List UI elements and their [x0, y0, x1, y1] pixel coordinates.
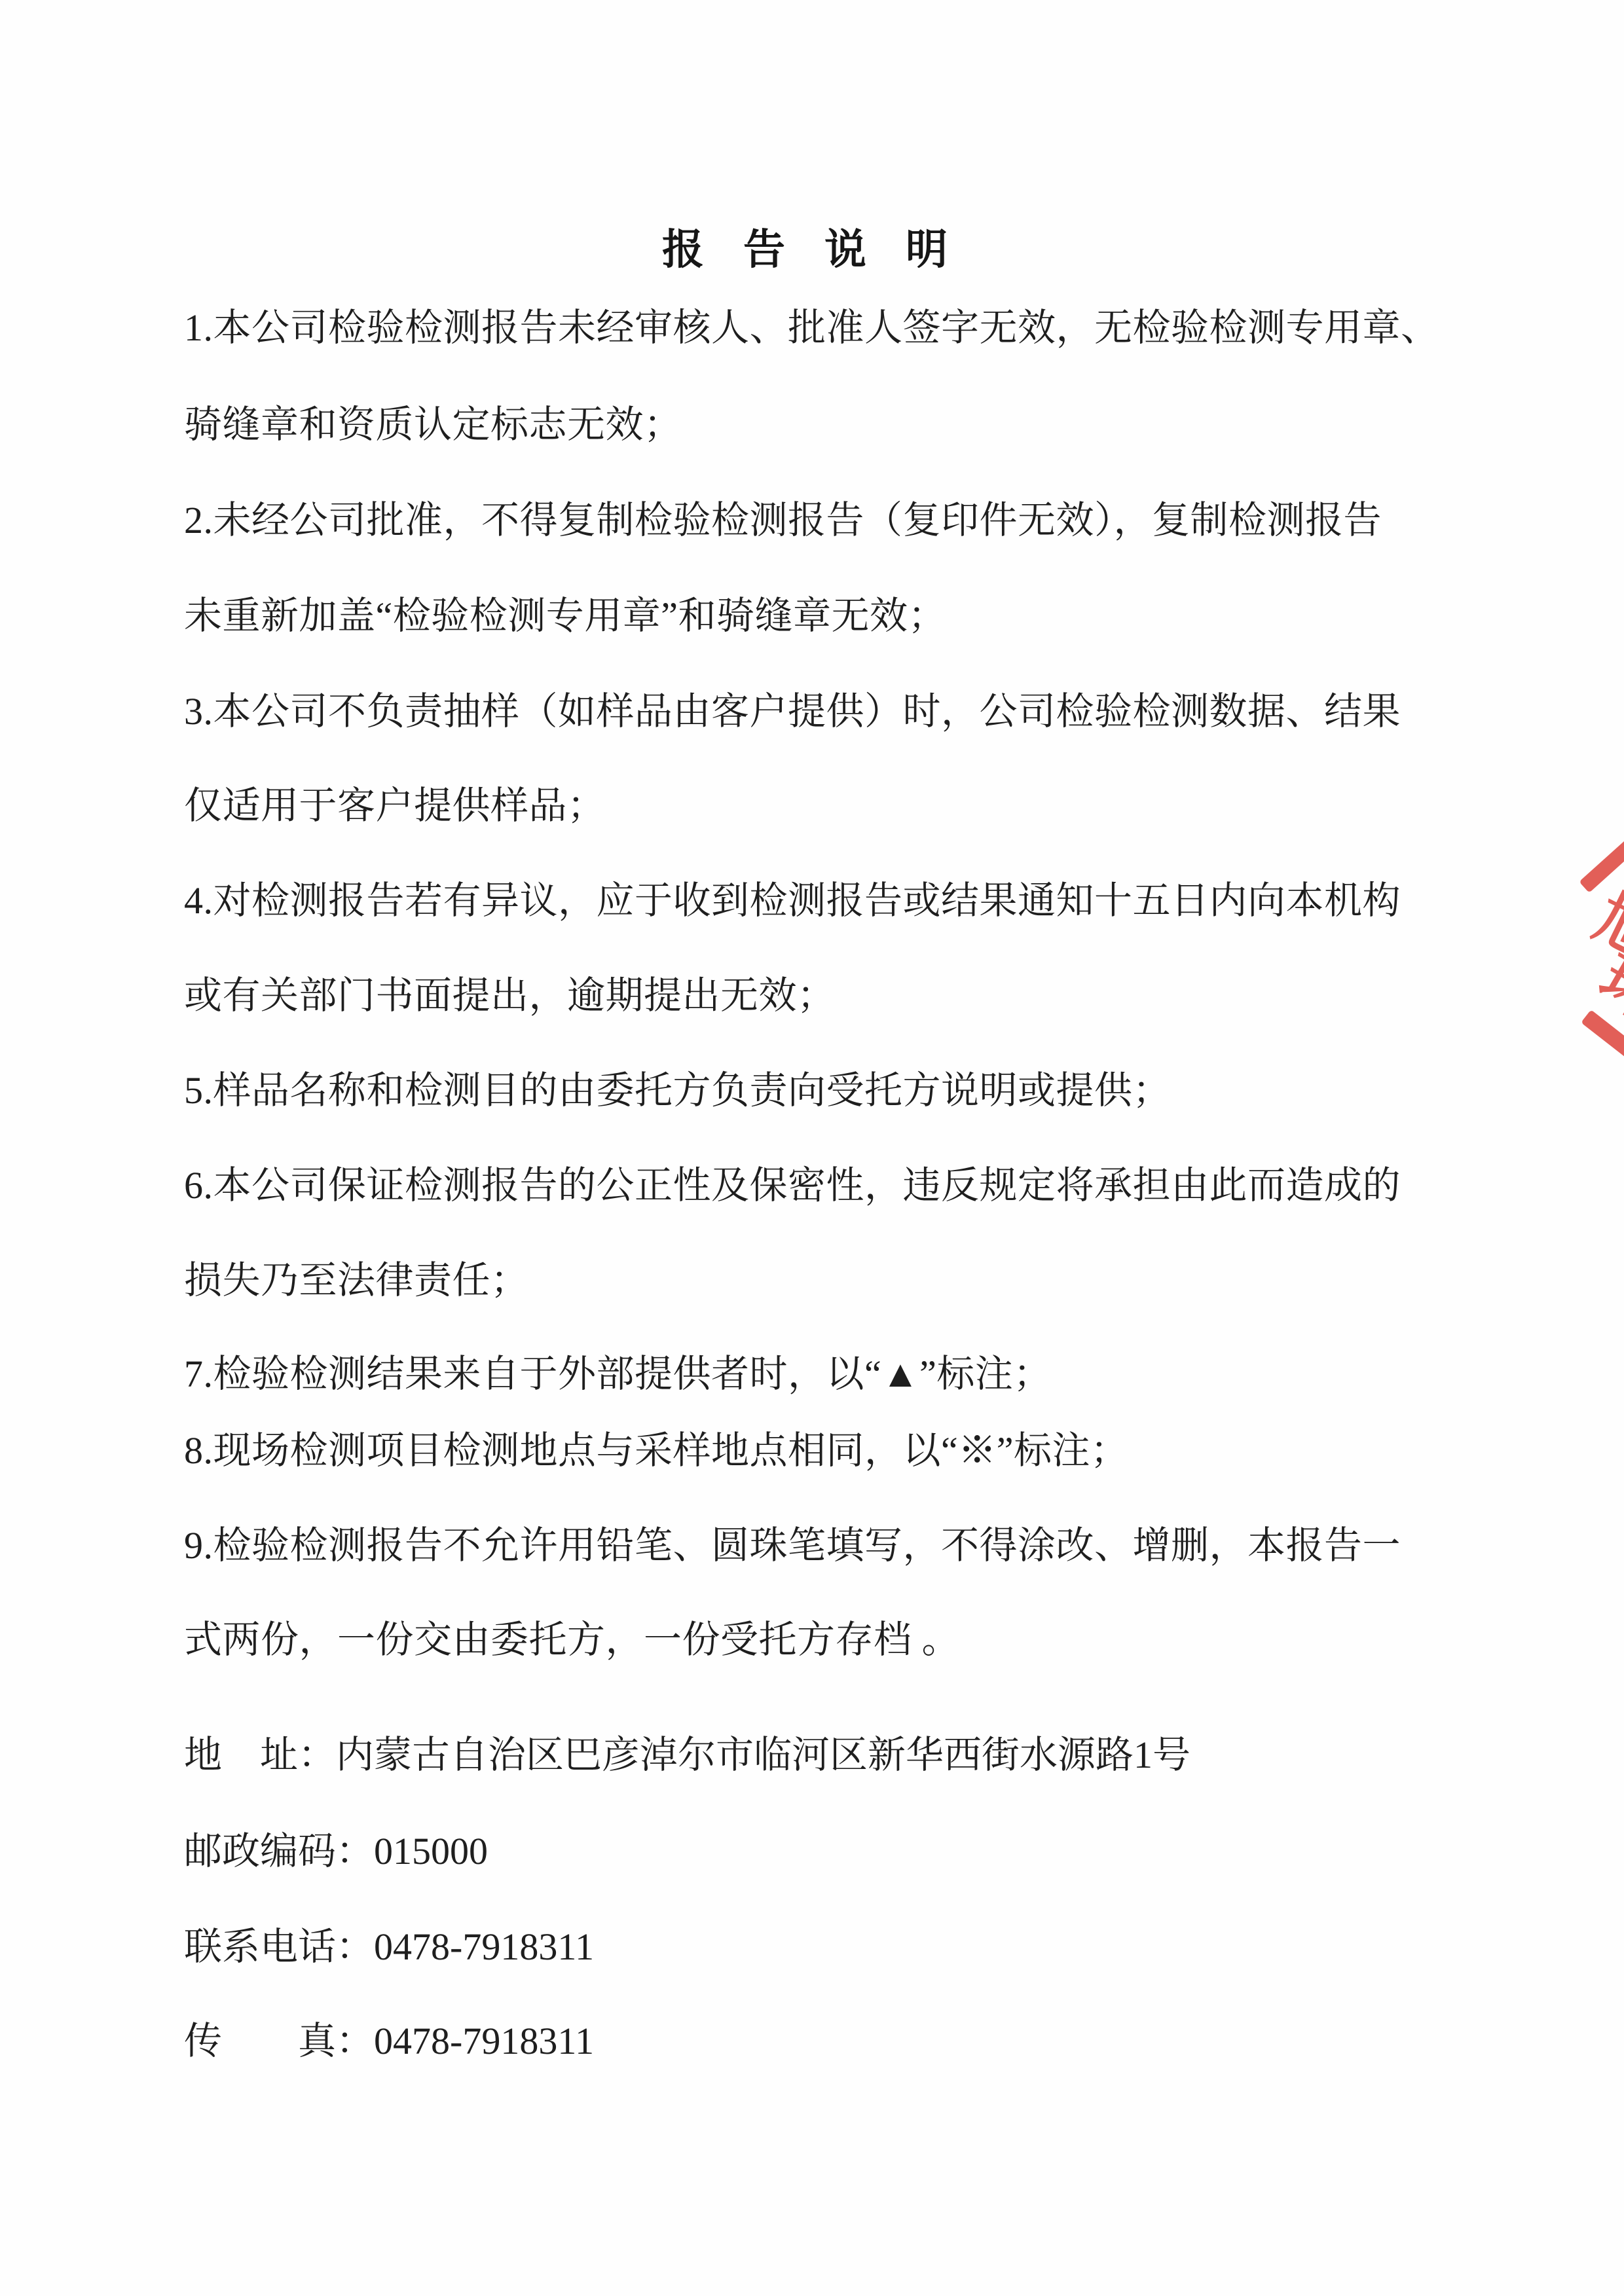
- contact-postal-code: 邮政编码：015000: [184, 1831, 1428, 1871]
- note-line-14: 9.检验检测报告不允许用铅笔、圆珠笔填写，不得涂改、增删，本报告一: [184, 1525, 1428, 1565]
- contact-fax: 传 真：0478-7918311: [184, 2021, 1428, 2061]
- contact-fax-value: 0478-7918311: [374, 2020, 594, 2062]
- note-line-7: 4.对检测报告若有异议，应于收到检测报告或结果通知十五日内向本机构: [184, 881, 1428, 920]
- contact-address: 地 址：内蒙古自治区巴彦淖尔市临河区新华西街水源路1号: [184, 1735, 1428, 1775]
- note-line-11: 损失乃至法律责任；: [184, 1260, 1428, 1300]
- note-line-1: 1.本公司检验检测报告未经审核人、批准人签字无效，无检验检测专用章、: [184, 308, 1428, 348]
- note-line-12: 7.检验检测结果来自于外部提供者时，以“▲”标注；: [184, 1354, 1428, 1394]
- paging-seal-fragment: 旭 环: [1562, 833, 1624, 1062]
- note-line-15: 式两份，一份交由委托方，一份受托方存档 。: [184, 1620, 1428, 1660]
- note-line-8: 或有关部门书面提出，逾期提出无效；: [184, 975, 1428, 1015]
- contact-phone: 联系电话：0478-7918311: [184, 1927, 1428, 1967]
- contact-phone-label: 联系电话：: [184, 1925, 374, 1968]
- seal-arc-top: [1579, 827, 1624, 893]
- contact-address-value: 内蒙古自治区巴彦淖尔市临河区新华西街水源路1号: [336, 1734, 1190, 1776]
- note-line-9: 5.样品名称和检测目的由委托方负责向受托方说明或提供；: [184, 1070, 1428, 1110]
- contact-postal-label: 邮政编码：: [184, 1830, 374, 1872]
- contact-phone-value: 0478-7918311: [374, 1925, 594, 1968]
- note-line-4: 未重新加盖“检验检测专用章”和骑缝章无效；: [184, 596, 1428, 636]
- report-notes-page: 报 告 说 明 1.本公司检验检测报告未经审核人、批准人签字无效，无检验检测专用…: [0, 0, 1624, 2296]
- note-line-10: 6.本公司保证检测报告的公正性及保密性，违反规定将承担由此而造成的: [184, 1165, 1428, 1205]
- contact-address-label: 地 址：: [184, 1734, 336, 1776]
- page-title: 报 告 说 明: [0, 216, 1624, 276]
- note-line-13: 8.现场检测项目检测地点与采样地点相同，以“※”标注；: [184, 1430, 1428, 1470]
- note-line-3: 2.未经公司批准，不得复制检验检测报告（复印件无效），复制检测报告: [184, 500, 1428, 540]
- note-line-2: 骑缝章和资质认定标志无效；: [184, 405, 1428, 445]
- contact-fax-label: 传 真：: [184, 2020, 374, 2062]
- note-line-6: 仅适用于客户提供样品；: [184, 786, 1428, 826]
- note-line-5: 3.本公司不负责抽样（如样品由客户提供）时，公司检验检测数据、结果: [184, 691, 1428, 731]
- contact-postal-value: 015000: [374, 1830, 488, 1872]
